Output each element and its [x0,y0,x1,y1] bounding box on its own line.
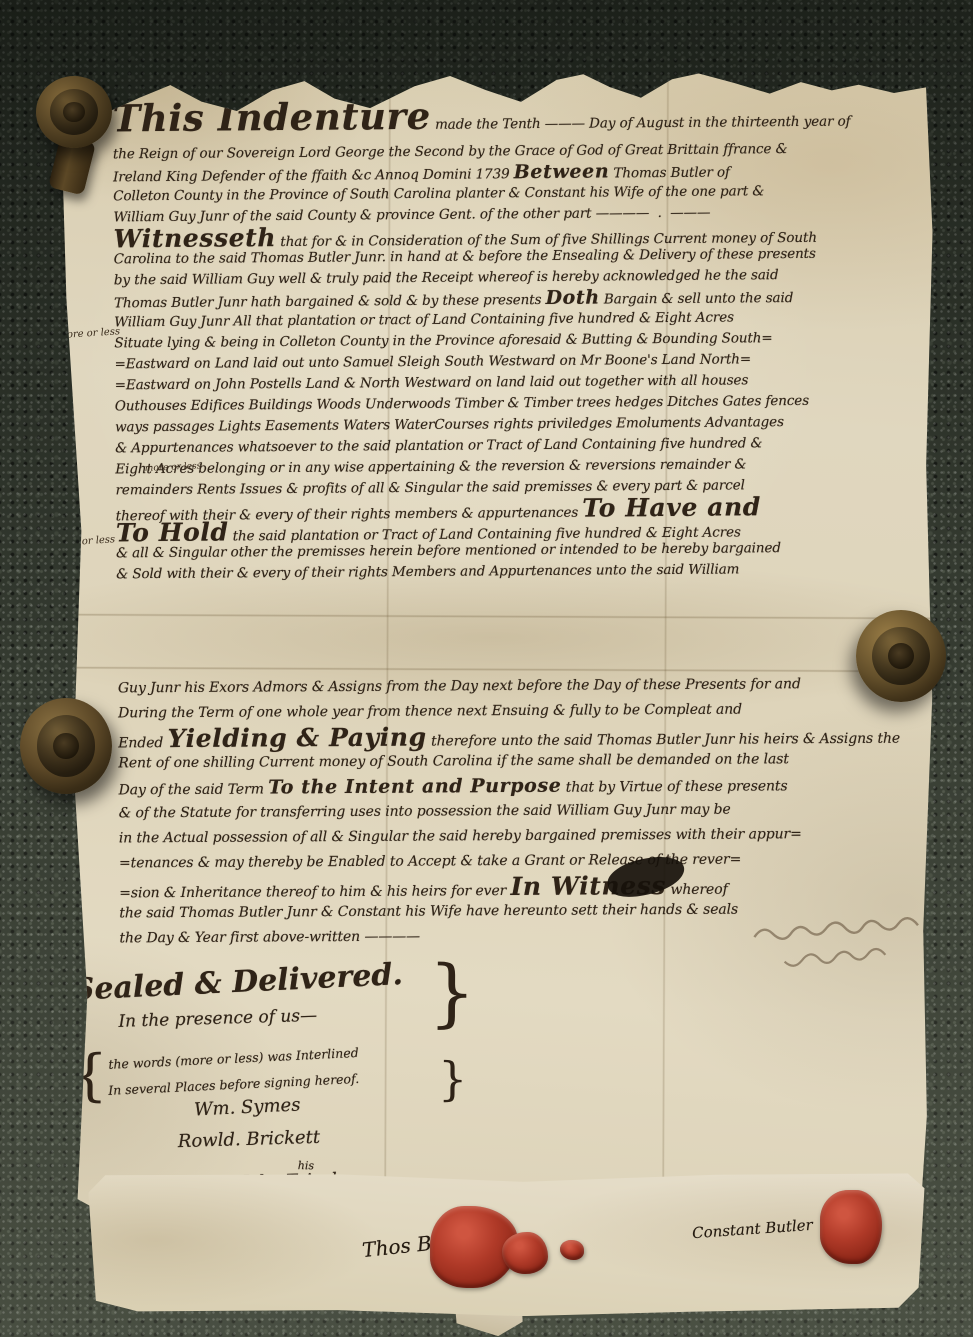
deed-line: Ended Yielding & Paying therefore unto t… [118,721,922,751]
attestation-brace: } [428,956,475,1030]
brass-knob-top-left [36,76,112,148]
parchment-sheet: This Indenture made the Tenth ——— Day of… [45,66,938,1232]
witness-signature: Wm. Symes [194,1094,301,1120]
brass-knob-middle-right [856,610,946,702]
knob-core [888,643,913,669]
knob-core [53,733,79,760]
wax-seal-thomas-fragment [502,1232,548,1274]
wax-seal-constant [820,1190,882,1264]
deed-body-first-block: This Indenture made the Tenth ——— Day of… [112,86,932,585]
witness-signature: Rowld. Brickett [178,1127,321,1152]
interlineation-brace-close: } [438,1056,467,1102]
fold-crease [48,613,936,620]
interlineation-note-1: the words (more or less) was Interlined [108,1045,359,1072]
interlineation-note-2: In several Places before signing hereof. [108,1071,360,1098]
sealed-delivered-heading: Sealed & Delivered. [72,957,404,1008]
brass-knob-middle-left [20,698,112,794]
presence-line: In the presence of us— [118,1006,317,1032]
ink-bleedthrough [733,903,926,982]
wax-seal-droplet [560,1240,584,1260]
knob-core [63,102,84,122]
photo-antique-indenture: This Indenture made the Tenth ——— Day of… [0,0,973,1337]
